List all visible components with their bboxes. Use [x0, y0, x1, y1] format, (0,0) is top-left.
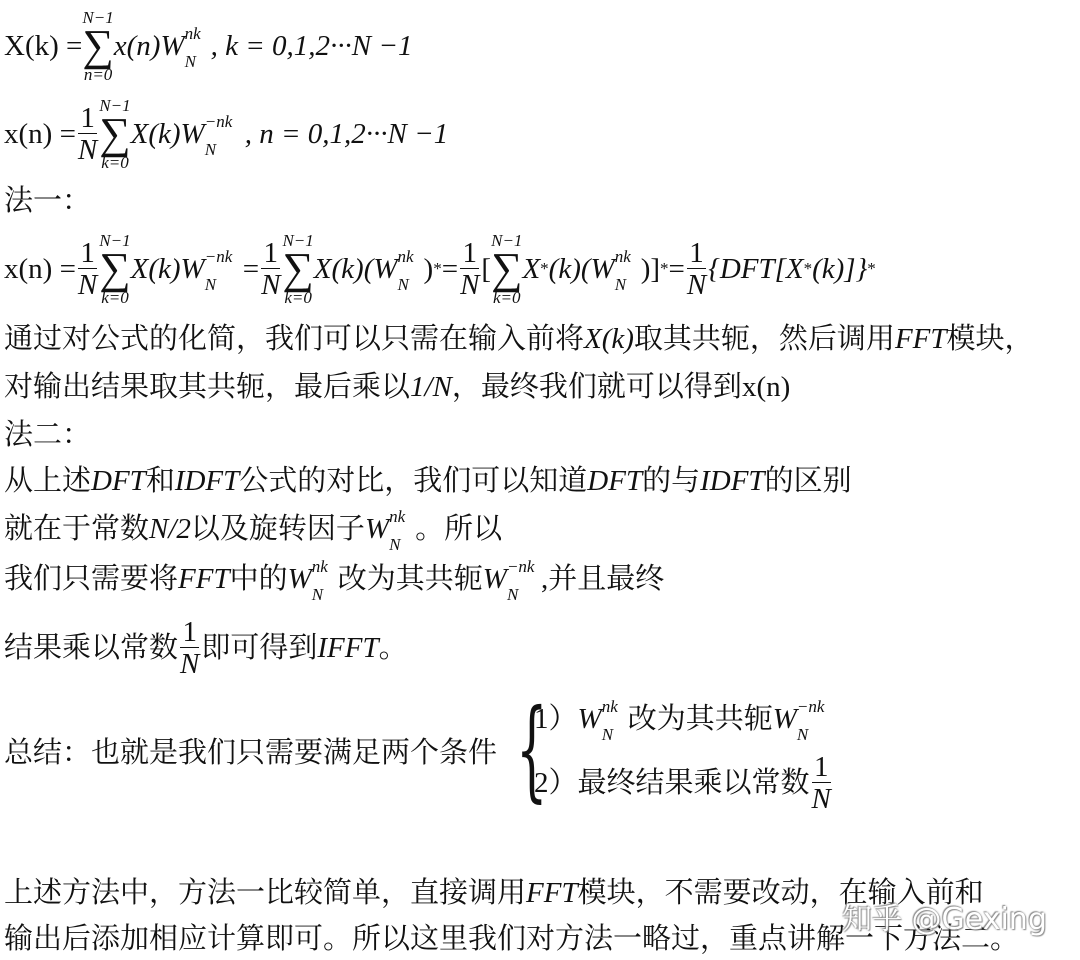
method2-line3: 我们只需要将FFT中的WnkN改为其共轭W−nkN,并且最终: [4, 562, 664, 596]
fraction: 1N: [812, 752, 831, 815]
method2-heading: 法二：: [4, 418, 91, 452]
dft-term: x(n): [114, 29, 161, 63]
method1-desc-line2: 对输出结果取其共轭，最后乘以1/N，最终我们就可以得到x(n): [4, 370, 790, 404]
zhihu-watermark: 知乎 @Gexing: [842, 894, 1047, 938]
summary-condition-1: 1）WnkN改为其共轭W−nkN: [534, 702, 831, 736]
final-line1: 上述方法中，方法一比较简单，直接调用FFT模块，不需要改动，在输入前和: [4, 876, 984, 910]
method1-heading: 法一：: [4, 184, 91, 218]
summary-label: 总结：也就是我们只需要满足两个条件: [4, 736, 497, 770]
dft-lhs: X(k) =: [4, 29, 82, 63]
method1-derivation: x(n) = 1N N−1∑k=0 X(k) W−nkN = 1N N−1∑k=…: [4, 226, 876, 312]
twiddle-factor: WnkN: [160, 29, 184, 63]
dft-range: , k = 0,1,2···N −1: [211, 29, 413, 63]
fraction: 1N: [78, 103, 97, 166]
summary-condition-2: 2）最终结果乘以常数 1N: [534, 746, 833, 820]
twiddle-factor: W−nkN: [181, 117, 205, 151]
method1-desc-line1: 通过对公式的化简，我们可以只需在输入前将X(k)取其共轭，然后调用FFT模块，: [4, 322, 1034, 356]
dft-formula: X(k) = N−1 ∑ n=0 x(n) WnkN , k = 0,1,2··…: [4, 4, 412, 88]
idft-lhs: x(n) =: [4, 117, 76, 151]
sum-symbol: N−1 ∑ n=0: [82, 9, 113, 83]
fraction: 1N: [78, 238, 97, 301]
idft-formula: x(n) = 1N N−1 ∑ k=0 X(k) W−nkN , n = 0,1…: [4, 92, 448, 176]
fraction: 1N: [180, 617, 199, 680]
method2-line1: 从上述DFT和IDFT公式的对比，我们可以知道DFT的与IDFT的区别: [4, 464, 852, 498]
idft-range: , n = 0,1,2···N −1: [245, 117, 448, 151]
method2-line2: 就在于常数N/2以及旋转因子WnkN。所以: [4, 512, 502, 546]
idft-term: X(k): [131, 117, 181, 151]
method2-line4: 结果乘以常数 1N 即可得到IFFT。: [4, 610, 408, 686]
sum-symbol: N−1 ∑ k=0: [99, 97, 130, 171]
